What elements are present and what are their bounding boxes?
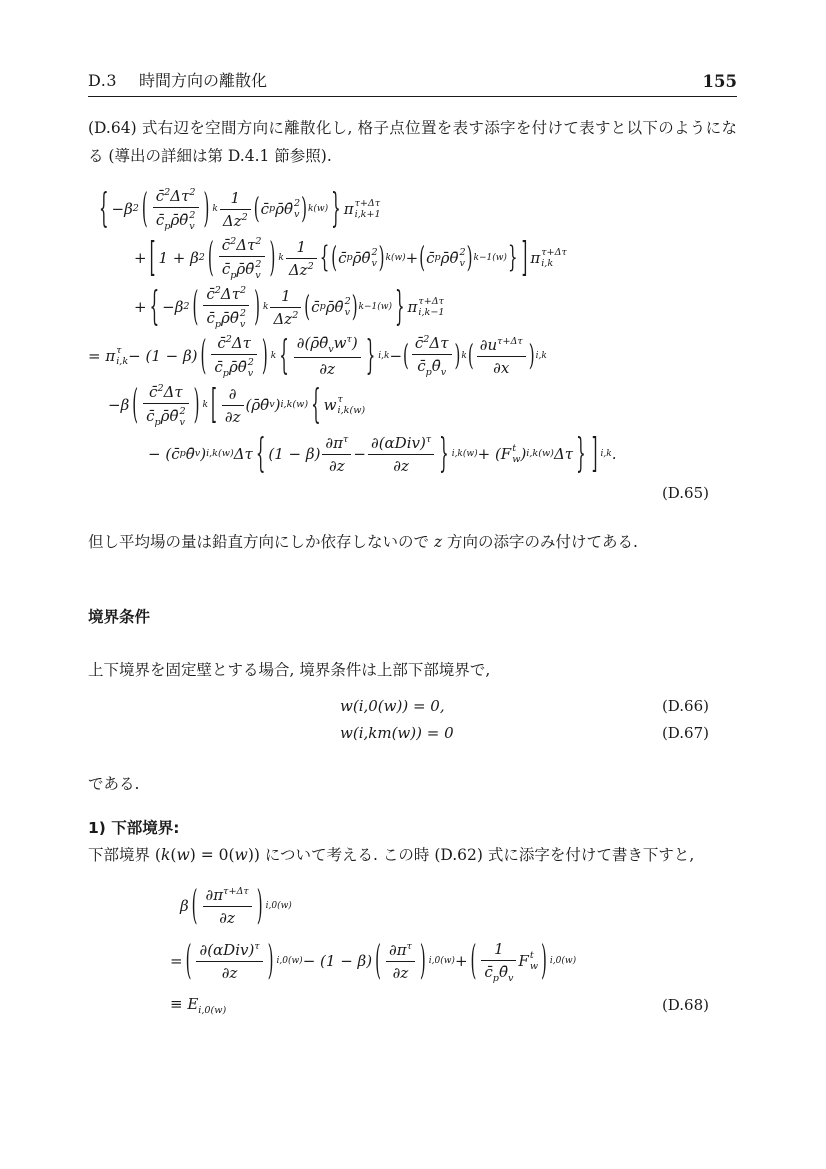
equation-d65: {−β2(c̄2Δτ2c̄pρ̄θ̄2v)k 1Δz2 (c̄pρ̄θ̄2v)k… [88, 185, 737, 507]
equation-body: w(i,0(w)) = 0, [340, 697, 445, 715]
equation-line: ≡ Ei,0(w) (D.68) [88, 990, 737, 1020]
equation-line: {−β2(c̄2Δτ2c̄pρ̄θ̄2v)k 1Δz2 (c̄pρ̄θ̄2v)k… [88, 185, 737, 234]
paragraph-intro: (D.64) 式右辺を空間方向に離散化し, 格子点位置を表す添字を付けて表すと以… [88, 115, 737, 171]
running-section-heading: D.3時間方向の離散化 [88, 68, 267, 91]
section-number: D.3 [88, 71, 117, 90]
equation-tag-d68: (D.68) [662, 996, 709, 1014]
equation-d66: w(i,0(w)) = 0, (D.66) [88, 693, 737, 720]
equation-line: β(∂πτ+Δτ∂z)i,0(w) [88, 880, 737, 932]
equation-body: w(i,km(w)) = 0 [340, 724, 454, 742]
equation-tag-d65: (D.65) [88, 479, 737, 507]
equation-line: +[1 + β2(c̄2Δτ2c̄pρ̄θ̄2v)k 1Δz2 {(c̄pρ̄θ… [88, 234, 737, 283]
page-number: 155 [703, 72, 737, 91]
paragraph-dearu: である. [88, 771, 737, 799]
equation-tag-d66: (D.66) [662, 697, 709, 715]
paragraph-lower-boundary: 下部境界 (k(w) = 0(w)) について考える. この時 (D.62) 式… [88, 842, 737, 870]
equation-d67: w(i,km(w)) = 0 (D.67) [88, 720, 737, 747]
document-page: D.3時間方向の離散化 155 (D.64) 式右辺を空間方向に離散化し, 格子… [0, 0, 826, 1169]
equation-line: = πτi,k − (1 − β)(c̄2Δτc̄pρ̄θ̄2v)k{∂(ρ̄θ… [88, 332, 737, 381]
heading-boundary-conditions: 境界条件 [88, 605, 737, 627]
paragraph-note: 但し平均場の量は鉛直方向にしか依存しないので z 方向の添字のみ付けてある. [88, 529, 737, 557]
page-header: D.3時間方向の離散化 155 [88, 68, 737, 97]
equation-group-d66-d67: w(i,0(w)) = 0, (D.66) w(i,km(w)) = 0 (D.… [88, 693, 737, 747]
equation-line: − (c̄pθ̄v)i,k(w) Δτ{(1 − β)∂πτ∂z − ∂(αDi… [88, 430, 737, 479]
section-title: 時間方向の離散化 [139, 71, 267, 90]
equation-d68: β(∂πτ+Δτ∂z)i,0(w) = (∂(αDiv)τ∂z)i,0(w) −… [88, 880, 737, 1020]
equation-line: = (∂(αDiv)τ∂z)i,0(w) − (1 − β)(∂πτ∂z)i,0… [88, 932, 737, 990]
equation-body: ≡ Ei,0(w) [170, 995, 226, 1016]
equation-line: −β(c̄2Δτc̄pρ̄θ̄2v)k[∂∂z (ρ̄θ̄v)i,k(w) {w… [88, 381, 737, 430]
equation-line: +{−β2(c̄2Δτ2c̄pρ̄θ̄2v)k 1Δz2 (c̄pρ̄θ̄2v)… [88, 283, 737, 332]
paragraph-boundary: 上下境界を固定壁とする場合, 境界条件は上部下部境界で, [88, 657, 737, 685]
equation-tag-d67: (D.67) [662, 724, 709, 742]
heading-lower-boundary: 1) 下部境界: [88, 816, 737, 838]
